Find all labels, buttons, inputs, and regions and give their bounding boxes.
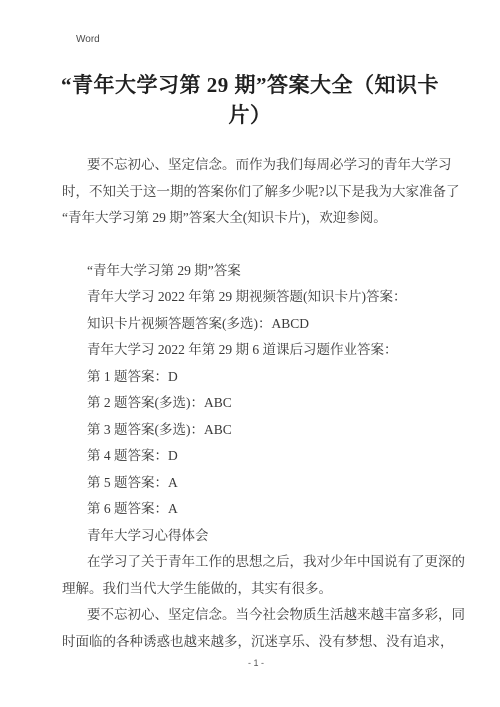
answer-line: 第 4 题答案：D bbox=[62, 443, 450, 470]
answer-line: 第 3 题答案(多选)：ABC bbox=[62, 417, 450, 444]
answer-line: 第 2 题答案(多选)：ABC bbox=[62, 390, 450, 417]
document-title: “青年大学习第 29 期”答案大全（知识卡 片） bbox=[0, 0, 500, 130]
intro-paragraph: 要不忘初心、坚定信念。而作为我们每周必学习的青年大学习 时，不知关于这一期的答案… bbox=[62, 152, 450, 232]
title-line-1: “青年大学习第 29 期”答案大全（知识卡 bbox=[0, 70, 500, 100]
answer-line: 知识卡片视频答题答案(多选)：ABCD bbox=[62, 311, 450, 338]
answer-line: 第 6 题答案：A bbox=[62, 496, 450, 523]
reflection-line: 在学习了关于青年工作的思想之后，我对少年中国说有了更深的 bbox=[62, 549, 450, 576]
answer-line: 第 5 题答案：A bbox=[62, 470, 450, 497]
document-body: 要不忘初心、坚定信念。而作为我们每周必学习的青年大学习 时，不知关于这一期的答案… bbox=[0, 152, 500, 669]
intro-line: 要不忘初心、坚定信念。而作为我们每周必学习的青年大学习 bbox=[62, 152, 450, 179]
page-number: - 1 - bbox=[62, 657, 450, 669]
reflection-line: 要不忘初心、坚定信念。当今社会物质生活越来越丰富多彩，同 bbox=[62, 602, 450, 629]
reflection-heading: 青年大学习心得体会 bbox=[62, 523, 450, 550]
title-line-2: 片） bbox=[0, 100, 500, 130]
answers-section: “青年大学习第 29 期”答案 青年大学习 2022 年第 29 期视频答题(知… bbox=[62, 258, 450, 523]
answer-line: 第 1 题答案：D bbox=[62, 364, 450, 391]
document-page: Word “青年大学习第 29 期”答案大全（知识卡 片） 要不忘初心、坚定信念… bbox=[0, 0, 500, 707]
intro-line: “青年大学习第 29 期”答案大全(知识卡片)，欢迎参阅。 bbox=[62, 205, 450, 232]
word-app-label: Word bbox=[76, 34, 100, 45]
intro-line: 时，不知关于这一期的答案你们了解多少呢?以下是我为大家准备了 bbox=[62, 179, 450, 206]
answers-section-heading: “青年大学习第 29 期”答案 bbox=[62, 258, 450, 285]
answer-line: 青年大学习 2022 年第 29 期视频答题(知识卡片)答案： bbox=[62, 284, 450, 311]
answer-line: 青年大学习 2022 年第 29 期 6 道课后习题作业答案： bbox=[62, 337, 450, 364]
reflection-line: 理解。我们当代大学生能做的，其实有很多。 bbox=[62, 576, 450, 603]
reflection-section: 青年大学习心得体会 在学习了关于青年工作的思想之后，我对少年中国说有了更深的 理… bbox=[62, 523, 450, 656]
reflection-line: 时面临的各种诱惑也越来越多，沉迷享乐、没有梦想、没有追求， bbox=[62, 629, 450, 656]
